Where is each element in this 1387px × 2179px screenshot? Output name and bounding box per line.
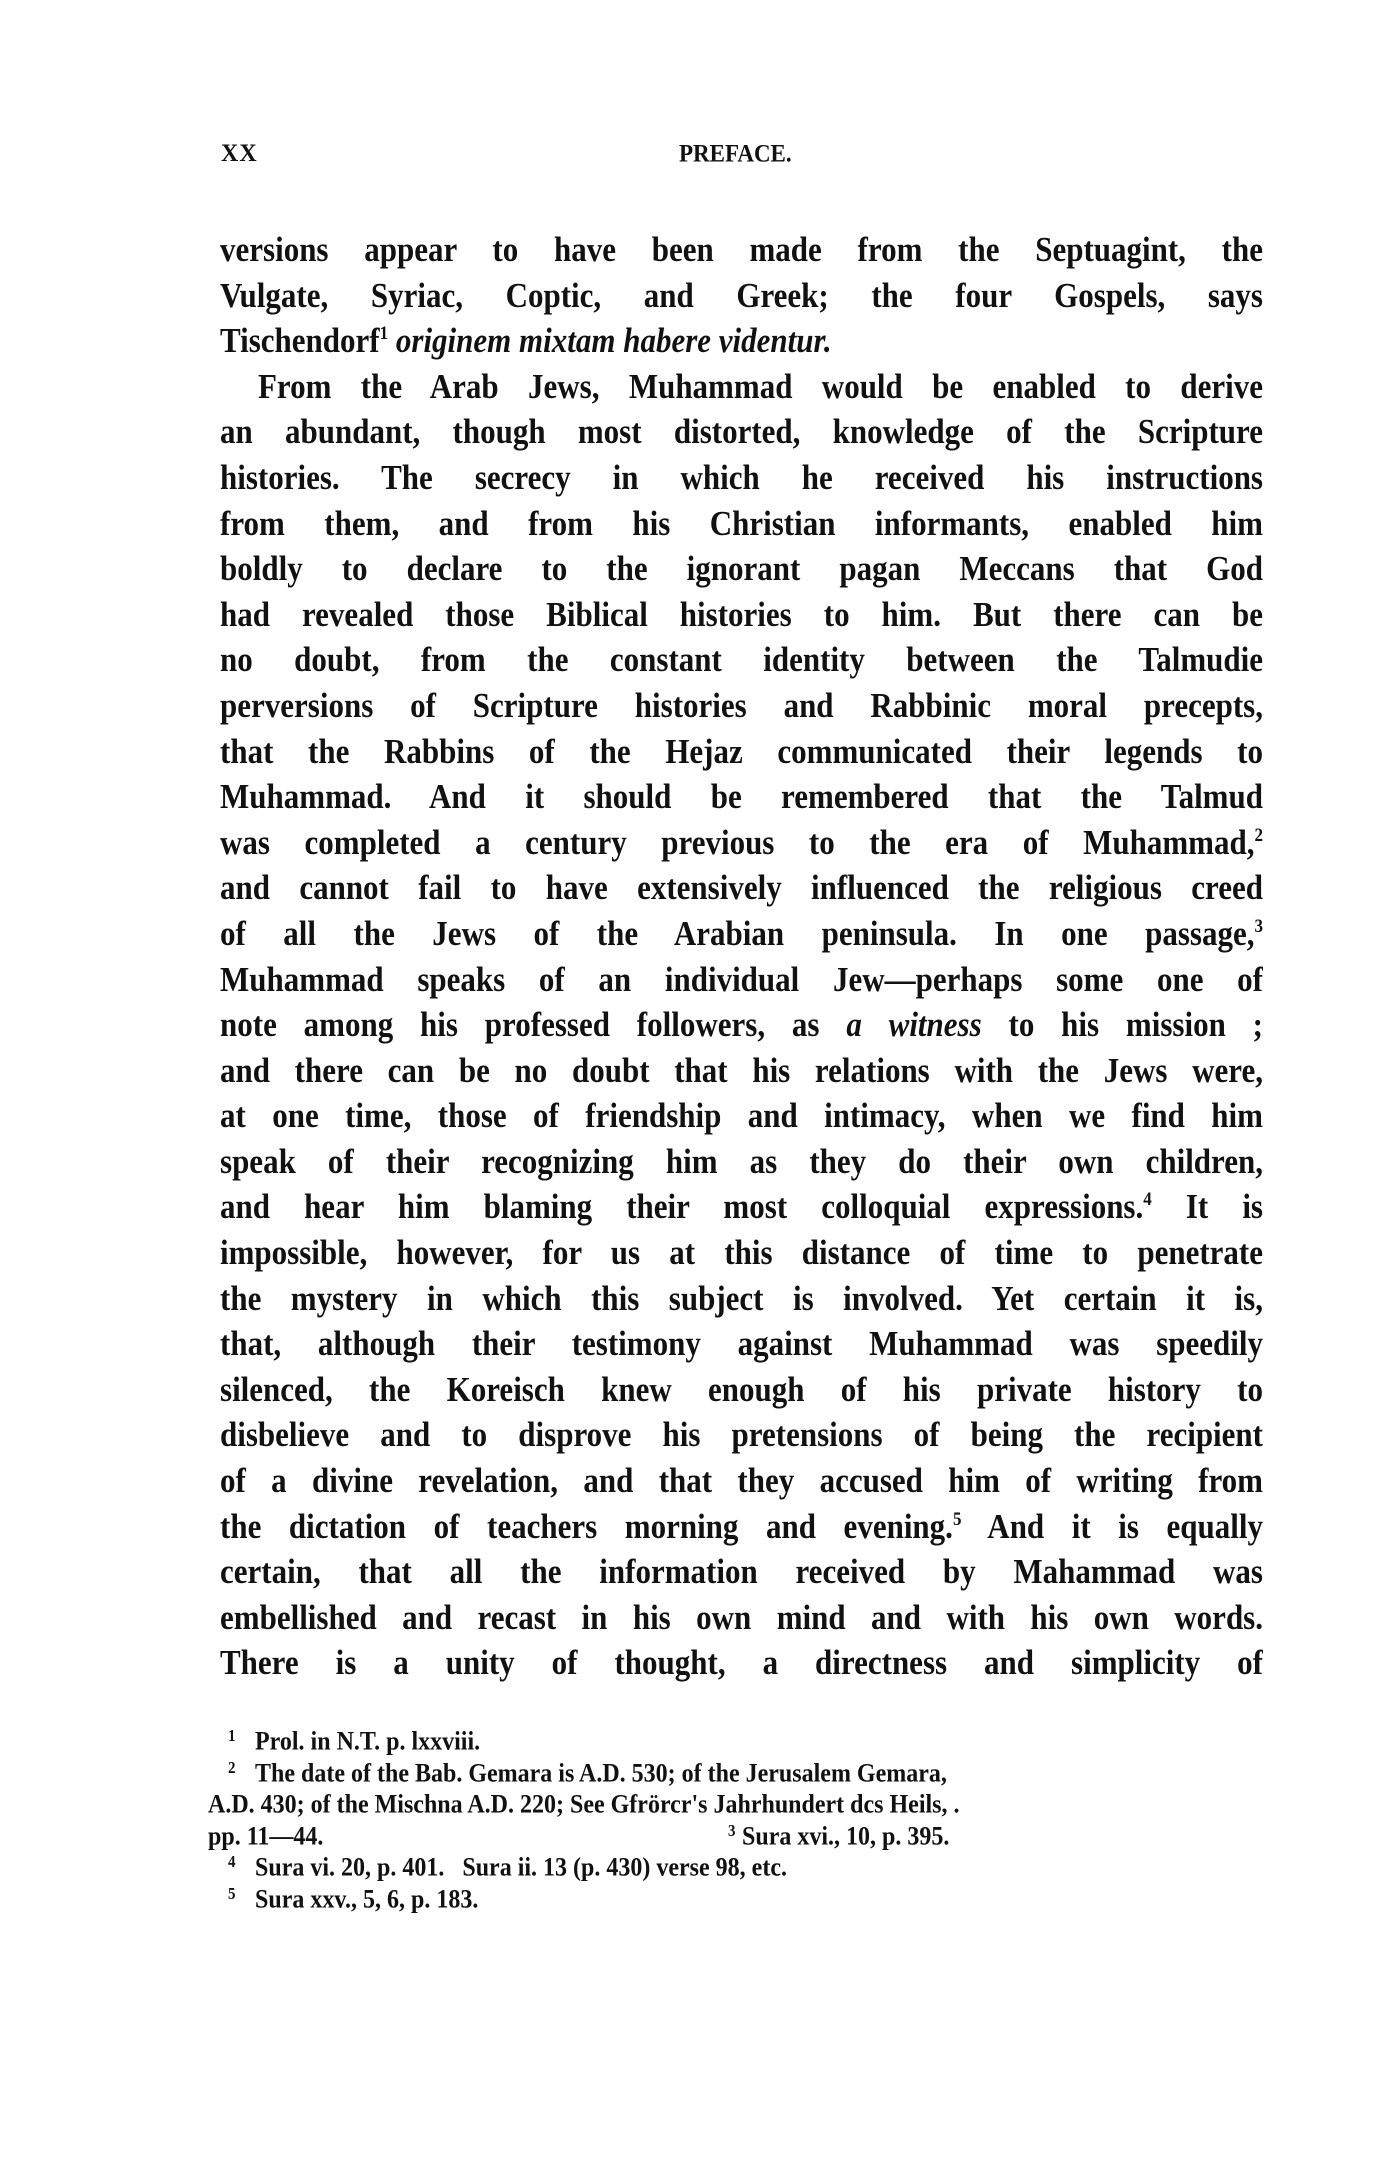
line-text: Vulgate, Syriac, Coptic, and Greek; the … <box>220 275 1263 314</box>
body-line: histories. The secrecy in which he recei… <box>220 452 1263 503</box>
body-line: no doubt, from the constant identity bet… <box>220 635 1263 686</box>
line-text: histories. The secrecy in which he recei… <box>220 458 1263 497</box>
line-text: There is a unity of thought, a directnes… <box>220 1643 1263 1682</box>
footnote-reference: 1 <box>380 322 389 343</box>
line-text: and cannot fail to have extensively infl… <box>220 868 1263 907</box>
body-line: and there can be no doubt that his relat… <box>220 1045 1263 1096</box>
footnote-text: Sura vi. 20, p. 401. Sura ii. 13 (p. 430… <box>255 1854 787 1883</box>
line-text: that the Rabbins of the Hejaz communicat… <box>220 731 1263 770</box>
footnote-text: Prol. in N.T. p. lxxviii. <box>255 1727 480 1756</box>
body-line: From the Arab Jews, Muhammad would be en… <box>220 361 1263 412</box>
body-line: an abundant, though most distorted, know… <box>220 407 1263 458</box>
footnote-text: The date of the Bab. Gemara is A.D. 530;… <box>255 1759 947 1788</box>
footnote-reference: 3 <box>1255 915 1264 936</box>
line-text: from them, and from his Christian inform… <box>220 503 1263 542</box>
body-line: Muhammad speaks of an individual Jew—per… <box>220 954 1263 1005</box>
body-line: and hear him blaming their most colloqui… <box>220 1182 1263 1233</box>
line-text: certain, that all the information receiv… <box>220 1552 1263 1591</box>
line-text: impossible, however, for us at this dist… <box>220 1233 1263 1272</box>
footnote-2-and-3: pp. 11—44. 3Sura xvi., 10, p. 395. <box>208 1820 1268 1855</box>
body-line: silenced, the Koreisch knew enough of hi… <box>220 1364 1263 1415</box>
body-line: speak of their recognizing him as they d… <box>220 1136 1263 1187</box>
line-text: and hear him blaming their most colloqui… <box>220 1187 1143 1226</box>
body-line: embellished and recast in his own mind a… <box>220 1592 1263 1643</box>
line-text: embellished and recast in his own mind a… <box>220 1598 1263 1637</box>
page-number: XX <box>221 140 258 168</box>
body-line: note among his professed followers, as a… <box>220 999 1263 1050</box>
line-text: no doubt, from the constant identity bet… <box>220 640 1263 679</box>
footnote-reference: 4 <box>1143 1188 1152 1209</box>
body-line: boldly to declare to the ignorant pagan … <box>220 543 1263 594</box>
footnote-text: Sura xxv., 5, 6, p. 183. <box>255 1885 478 1914</box>
italic-text: originem mixtam habere videntur. <box>396 321 832 360</box>
body-line: of all the Jews of the Arabian peninsula… <box>220 908 1263 959</box>
running-title: PREFACE. <box>679 140 815 168</box>
footnote-reference: 2 <box>1255 824 1264 845</box>
line-text <box>388 321 396 360</box>
body-line: Tischendorf1 originem mixtam habere vide… <box>220 315 1263 366</box>
line-text: an abundant, though most distorted, know… <box>220 412 1263 451</box>
line-text: Tischendorf <box>220 321 380 360</box>
body-line: Vulgate, Syriac, Coptic, and Greek; the … <box>220 270 1263 321</box>
line-text: perversions of Scripture histories and R… <box>220 686 1263 725</box>
line-text: speak of their recognizing him as they d… <box>220 1142 1263 1181</box>
footnote-4: 4Sura vi. 20, p. 401. Sura ii. 13 (p. 43… <box>208 1851 1268 1886</box>
body-line: the dictation of teachers morning and ev… <box>220 1501 1263 1552</box>
body-line: Muhammad. And it should be remembered th… <box>220 771 1263 822</box>
line-text: Muhammad speaks of an individual Jew—per… <box>220 959 1263 998</box>
line-text: had revealed those Biblical histories to… <box>220 595 1263 634</box>
footnote-3: 3Sura xvi., 10, p. 395. <box>728 1820 949 1855</box>
line-text: the mystery in which this subject is inv… <box>220 1279 1263 1318</box>
footnote-text: A.D. 430; of the Mischna A.D. 220; See G… <box>208 1791 960 1820</box>
body-line: perversions of Scripture histories and R… <box>220 680 1263 731</box>
body-line: that, although their testimony against M… <box>220 1319 1263 1370</box>
italic-text: a witness <box>846 1005 981 1044</box>
footnote-text: pp. 11—44. <box>208 1822 323 1851</box>
line-text: note among his professed followers, as <box>220 1005 846 1044</box>
footnote-text: Sura xvi., 10, p. 395. <box>742 1822 949 1851</box>
body-line: disbelieve and to disprove his pretensio… <box>220 1410 1263 1461</box>
footnote-1: 1Prol. in N.T. p. lxxviii. <box>208 1725 1268 1760</box>
line-text: silenced, the Koreisch knew enough of hi… <box>220 1370 1263 1409</box>
body-line: that the Rabbins of the Hejaz communicat… <box>220 726 1263 777</box>
line-text: From the Arab Jews, Muhammad would be en… <box>258 367 1263 406</box>
line-text: to his mission ; <box>982 1005 1263 1044</box>
body-line: from them, and from his Christian inform… <box>220 498 1263 549</box>
body-line: certain, that all the information receiv… <box>220 1546 1263 1597</box>
body-line: impossible, however, for us at this dist… <box>220 1227 1263 1278</box>
body-line: and cannot fail to have extensively infl… <box>220 863 1263 914</box>
line-text: boldly to declare to the ignorant pagan … <box>220 549 1263 588</box>
line-text: It is <box>1152 1187 1263 1226</box>
body-line: had revealed those Biblical histories to… <box>220 589 1263 640</box>
body-line: the mystery in which this subject is inv… <box>220 1273 1263 1324</box>
line-text: disbelieve and to disprove his pretensio… <box>220 1415 1263 1454</box>
body-line: was completed a century previous to the … <box>220 817 1263 868</box>
body-line: of a divine revelation, and that they ac… <box>220 1455 1263 1506</box>
line-text: of all the Jews of the Arabian peninsula… <box>220 914 1255 953</box>
line-text: the dictation of teachers morning and ev… <box>220 1506 953 1545</box>
line-text: Muhammad. And it should be remembered th… <box>220 777 1263 816</box>
footnote-2-continued: A.D. 430; of the Mischna A.D. 220; See G… <box>208 1788 1268 1823</box>
line-text: at one time, those of friendship and int… <box>220 1096 1263 1135</box>
line-text: that, although their testimony against M… <box>220 1324 1263 1363</box>
footnotes: 1Prol. in N.T. p. lxxviii. 2The date of … <box>208 1727 1268 1917</box>
footnote-5: 5Sura xxv., 5, 6, p. 183. <box>208 1883 1268 1918</box>
line-text: was completed a century previous to the … <box>220 823 1255 862</box>
line-text: versions appear to have been made from t… <box>220 230 1263 269</box>
footnote-2: 2The date of the Bab. Gemara is A.D. 530… <box>208 1757 1268 1792</box>
body-line: There is a unity of thought, a directnes… <box>220 1638 1263 1689</box>
body-text: versions appear to have been made from t… <box>220 227 1263 1686</box>
line-text: And it is equally <box>961 1506 1263 1545</box>
line-text: of a divine revelation, and that they ac… <box>220 1461 1263 1500</box>
line-text: and there can be no doubt that his relat… <box>220 1051 1263 1090</box>
body-line: versions appear to have been made from t… <box>220 224 1263 275</box>
running-head: XX PREFACE. <box>0 140 1387 170</box>
body-line: at one time, those of friendship and int… <box>220 1091 1263 1142</box>
